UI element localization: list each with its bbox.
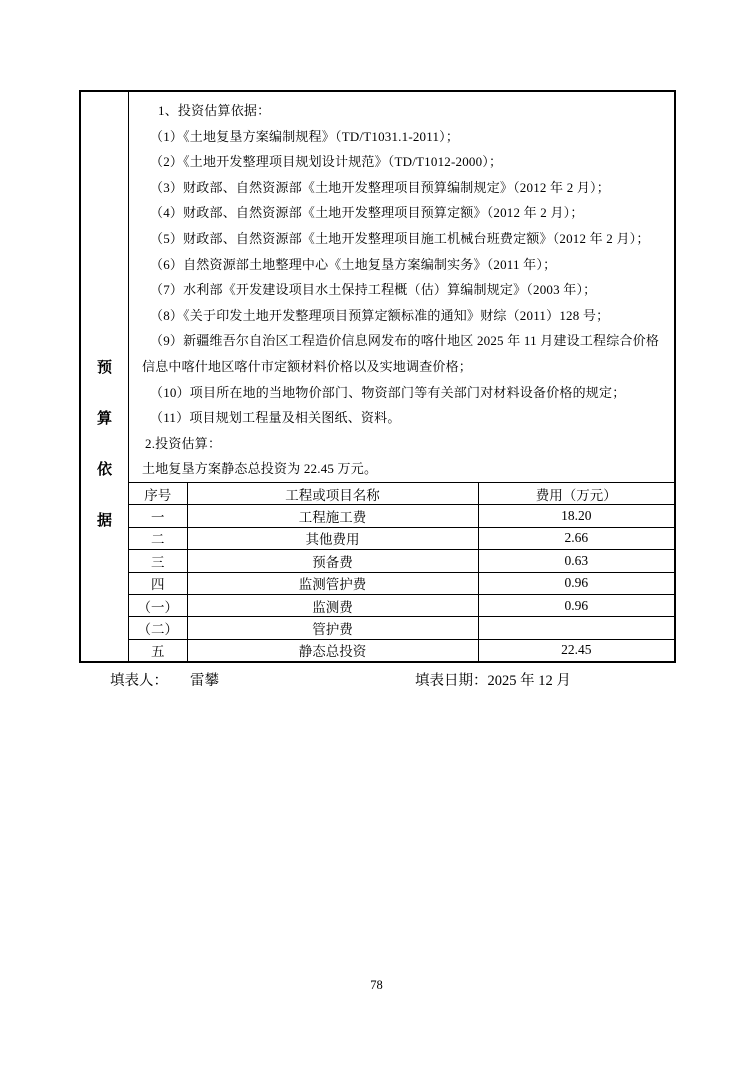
cell-cost: 0.96: [478, 572, 674, 594]
cell-cost: 2.66: [478, 527, 674, 549]
text-line: （7）水利部《开发建设项目水土保持工程概（估）算编制规定》（2003 年）；: [129, 277, 674, 303]
cell-seq: 三: [129, 550, 187, 572]
text-line: （8）《关于印发土地开发整理项目预算定额标准的通知》财综（2011）128 号；: [129, 303, 674, 329]
text-line: （4）财政部、自然资源部《土地开发整理项目预算定额》（2012 年 2 月）；: [129, 200, 674, 226]
row-header-char: 据: [97, 513, 112, 529]
text-line: （5）财政部、自然资源部《土地开发整理项目施工机械台班费定额》（2012 年 2…: [129, 226, 674, 252]
text-line: 土地复垦方案静态总投资为 22.45 万元。: [129, 456, 674, 482]
budget-basis-form: 预 算 依 据 1、投资估算依据： （1）《土地复垦方案编制规程》（TD/T10…: [79, 90, 676, 663]
text-line: 信息中喀什地区喀什市定额材料价格以及实地调查价格；: [129, 354, 674, 380]
cell-seq: 四: [129, 572, 187, 594]
cell-cost: [478, 617, 674, 639]
cell-name: 工程施工费: [187, 505, 478, 527]
table-row: （一） 监测费 0.96: [129, 594, 674, 616]
text-line: （10）项目所在地的当地物价部门、物资部门等有关部门对材料设备价格的规定；: [129, 380, 674, 406]
cell-name: 预备费: [187, 550, 478, 572]
document-page: 预 算 依 据 1、投资估算依据： （1）《土地复垦方案编制规程》（TD/T10…: [0, 0, 753, 1066]
cell-name: 静态总投资: [187, 639, 478, 661]
text-line: （6）自然资源部土地整理中心《土地复垦方案编制实务》（2011 年）；: [129, 252, 674, 278]
cell-seq: （二）: [129, 617, 187, 639]
cell-seq: 二: [129, 527, 187, 549]
date-value: 2025 年 12 月: [488, 673, 571, 689]
cost-estimate-table: 序号 工程或项目名称 费用（万元） 一 工程施工费 18.20 二 其他费用 2…: [129, 482, 674, 661]
filler-label: 填表人：: [110, 673, 168, 689]
cell-cost: 0.63: [478, 550, 674, 572]
text-line: （1）《土地复垦方案编制规程》（TD/T1031.1-2011）；: [129, 124, 674, 150]
table-row-total: 五 静态总投资 22.45: [129, 639, 674, 661]
cell-name: 管护费: [187, 617, 478, 639]
cell-cost: 18.20: [478, 505, 674, 527]
table-row: 四 监测管护费 0.96: [129, 572, 674, 594]
column-header-seq: 序号: [129, 483, 187, 505]
cell-seq: 一: [129, 505, 187, 527]
column-header-cost: 费用（万元）: [478, 483, 674, 505]
text-line: （9）新疆维吾尔自治区工程造价信息网发布的喀什地区 2025 年 11 月建设工…: [129, 328, 674, 354]
table-row: （二） 管护费: [129, 617, 674, 639]
row-header-char: 预: [97, 360, 112, 376]
row-header-budget-basis: 预 算 依 据: [81, 92, 129, 661]
form-content-cell: 1、投资估算依据： （1）《土地复垦方案编制规程》（TD/T1031.1-201…: [129, 92, 674, 661]
estimate-basis-text: 1、投资估算依据： （1）《土地复垦方案编制规程》（TD/T1031.1-201…: [129, 92, 674, 482]
cell-name: 其他费用: [187, 527, 478, 549]
cell-cost-total: 22.45: [478, 639, 674, 661]
cell-name: 监测管护费: [187, 572, 478, 594]
cell-seq: 五: [129, 639, 187, 661]
cell-name: 监测费: [187, 594, 478, 616]
form-filler: 填表人：雷攀: [110, 669, 219, 690]
column-header-name: 工程或项目名称: [187, 483, 478, 505]
form-date: 填表日期：2025 年 12 月: [415, 669, 571, 690]
text-line: 1、投资估算依据：: [129, 98, 674, 124]
text-line: （3）财政部、自然资源部《土地开发整理项目预算编制规定》（2012 年 2 月）…: [129, 175, 674, 201]
cell-seq: （一）: [129, 594, 187, 616]
row-header-char: 依: [97, 462, 112, 478]
text-line: 2.投资估算：: [129, 431, 674, 457]
table-row: 二 其他费用 2.66: [129, 527, 674, 549]
row-header-char: 算: [97, 411, 112, 427]
table-row: 三 预备费 0.63: [129, 550, 674, 572]
table-header-row: 序号 工程或项目名称 费用（万元）: [129, 483, 674, 505]
text-line: （2）《土地开发整理项目规划设计规范》（TD/T1012-2000）；: [129, 149, 674, 175]
text-line: （11）项目规划工程量及相关图纸、资料。: [129, 405, 674, 431]
date-label: 填表日期：: [415, 673, 488, 689]
page-number: 78: [0, 978, 753, 993]
table-row: 一 工程施工费 18.20: [129, 505, 674, 527]
cell-cost: 0.96: [478, 594, 674, 616]
form-footer: 填表人：雷攀 填表日期：2025 年 12 月: [79, 669, 676, 691]
filler-name: 雷攀: [190, 673, 219, 689]
